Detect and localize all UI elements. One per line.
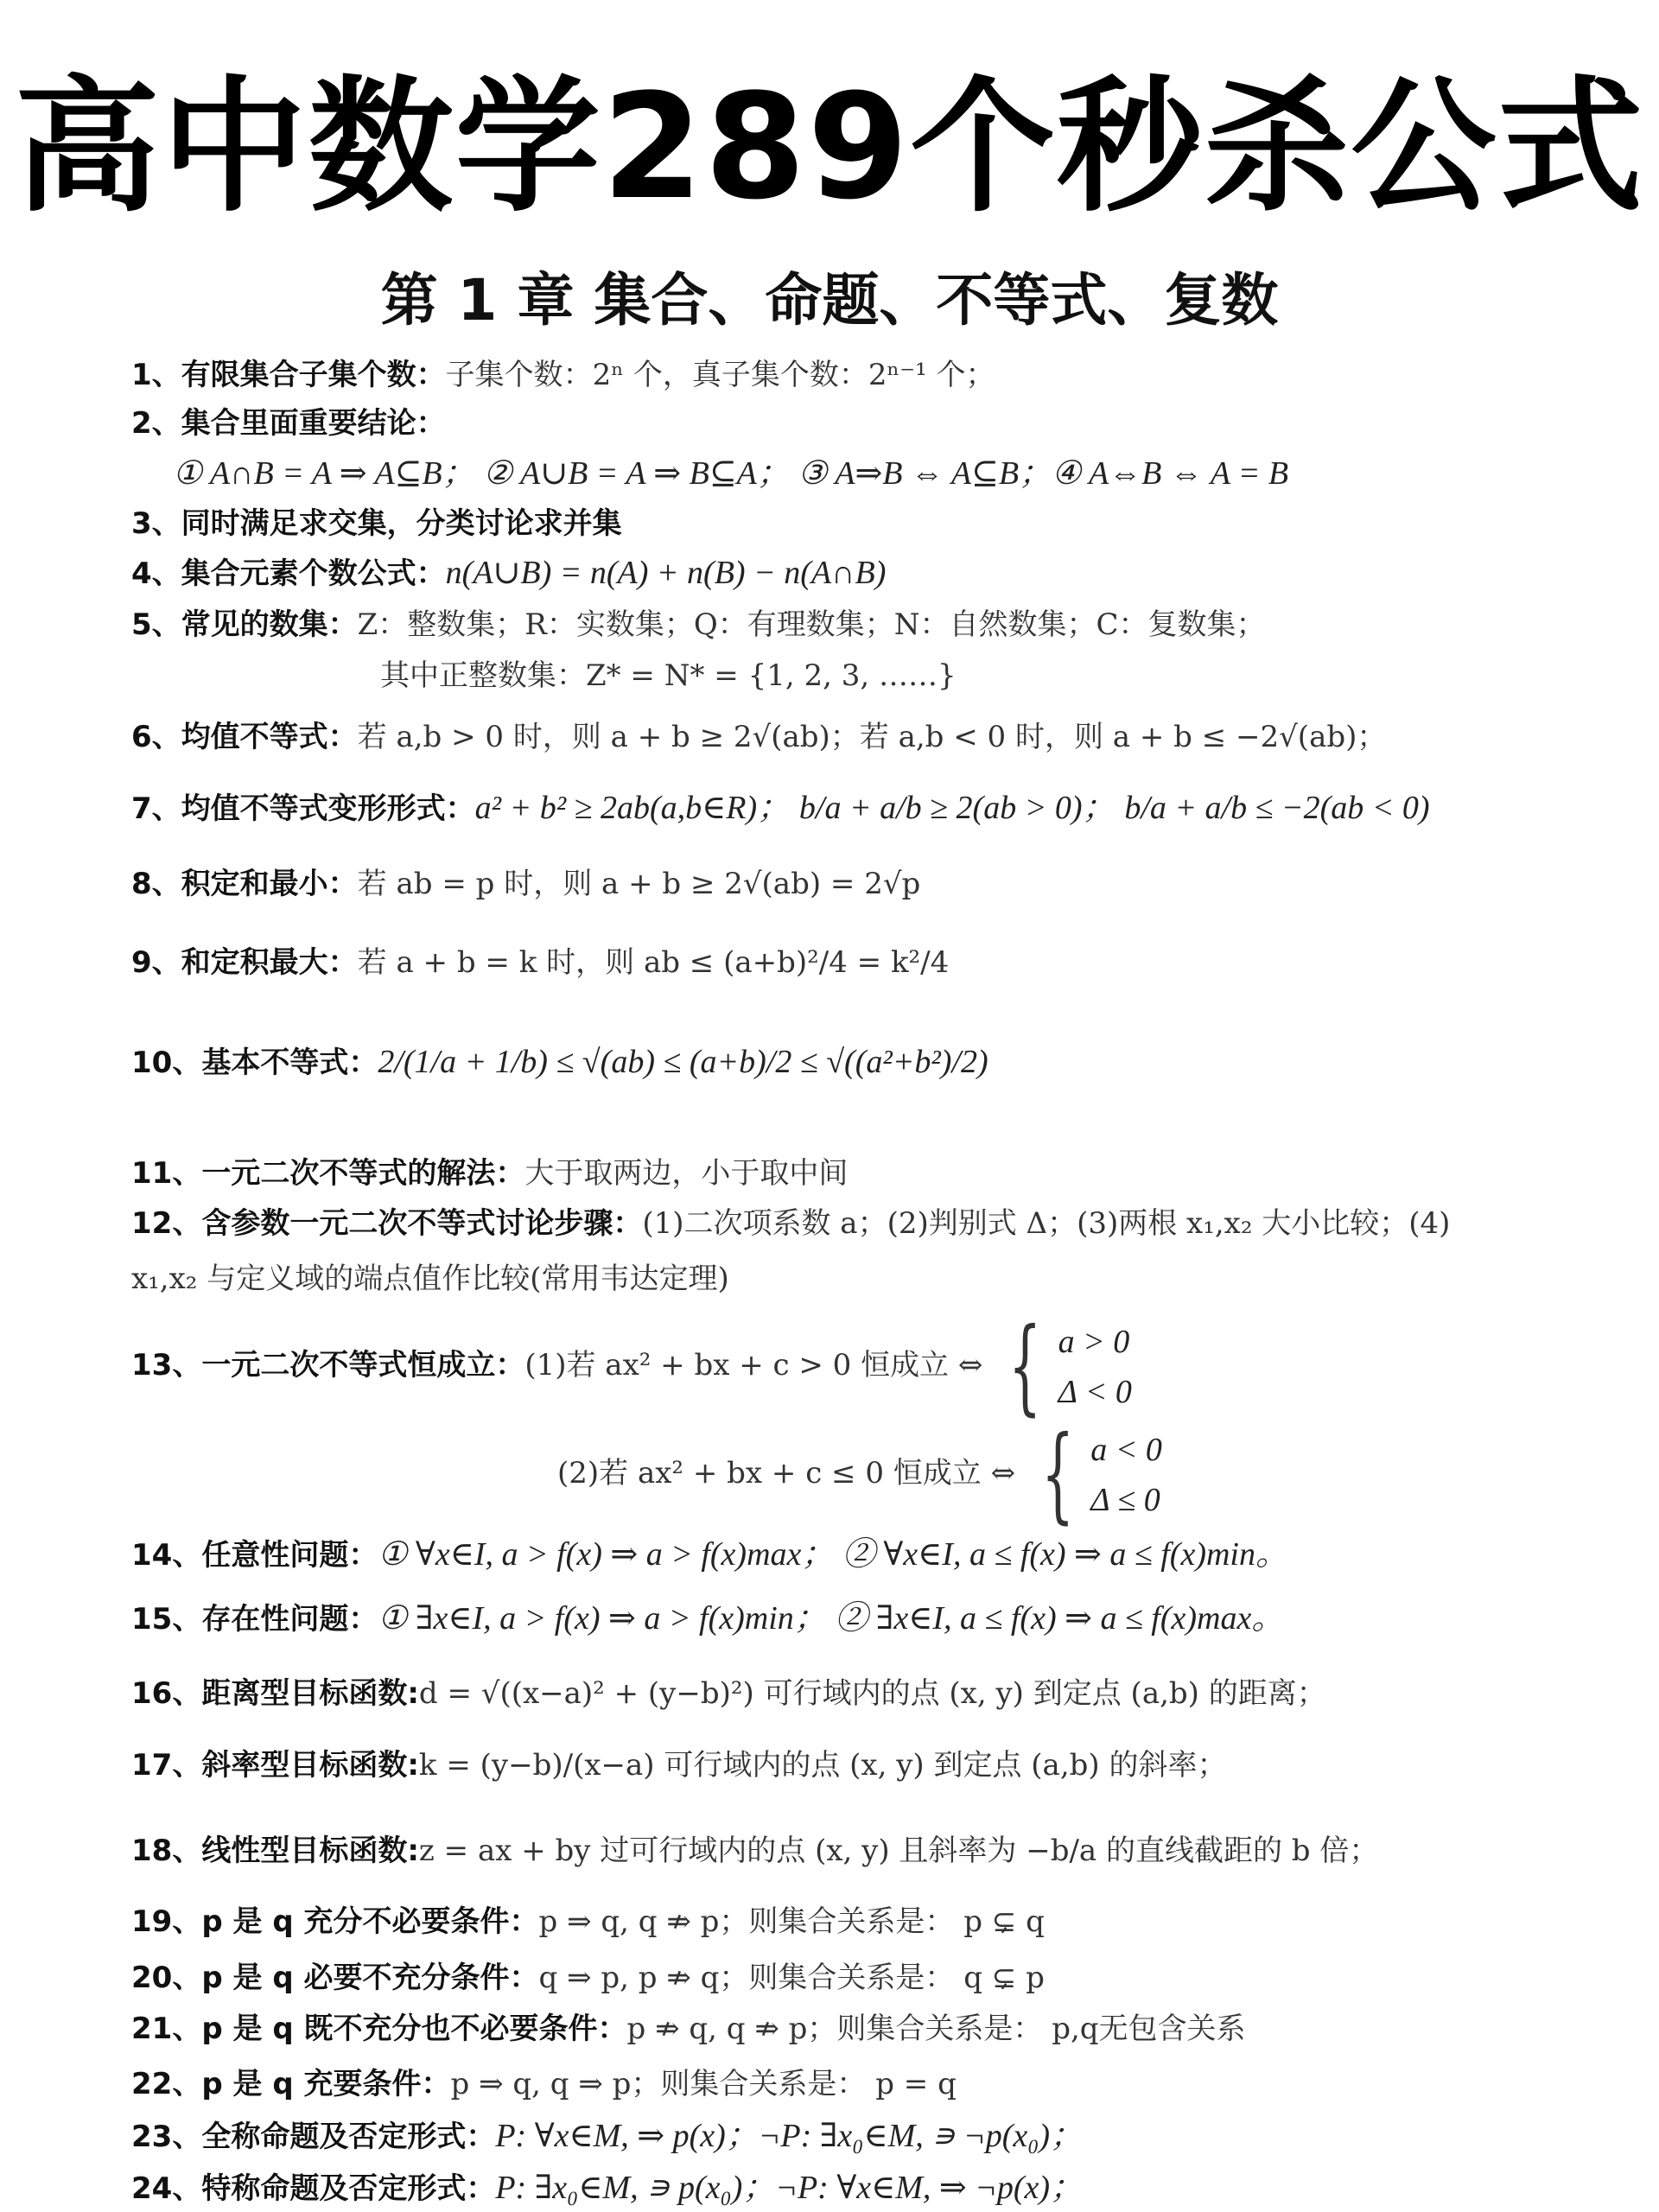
case-line: Δ < 0 — [1058, 1367, 1132, 1417]
item-label: 24、特称命题及否定形式： — [131, 2171, 495, 2206]
item-label: 19、p 是 q 充分不必要条件： — [131, 1904, 539, 1939]
item-content: 若 a + b = k 时，则 ab ≤ (a+b)²/4 = k²/4 — [358, 945, 950, 980]
formula-item-18: 18、线性型目标函数:z = ax + by 过可行域内的点 (x, y) 且斜… — [131, 1832, 1378, 1870]
formula-item-11: 11、一元二次不等式的解法：大于取两边，小于取中间 — [131, 1154, 848, 1192]
cases-brace: {a > 0Δ < 0 — [992, 1315, 1132, 1419]
item-content: 若 a,b > 0 时，则 a + b ≥ 2√(ab)；若 a,b < 0 时… — [358, 720, 1387, 754]
item-content: 若 ab = p 时，则 a + b ≥ 2√(ab) = 2√p — [358, 867, 921, 901]
item-content: p ⇒ q, q ⇒ p；则集合关系是： p = q — [451, 2067, 957, 2101]
item-label: 7、均值不等式变形形式： — [131, 791, 475, 826]
item-content: ① ∀x∈I, a > f(x) ⇒ a > f(x)max； ② ∀x∈I, … — [378, 1536, 1288, 1573]
item-content: p ⇒ q, q ⇏ p；则集合关系是： p ⊊ q — [539, 1904, 1045, 1939]
left-brace-icon: { — [1041, 1423, 1074, 1527]
item-label: 17、斜率型目标函数: — [131, 1748, 419, 1783]
item-content: 大于取两边，小于取中间 — [524, 1156, 848, 1191]
item-content: (1)若 ax² + bx + c > 0 恒成立 ⇔ — [524, 1348, 982, 1382]
item-content-part-3: b/a + a/b ≤ −2(ab < 0) — [1124, 790, 1429, 826]
item-content: z = ax + by 过可行域内的点 (x, y) 且斜率为 −b/a 的直线… — [419, 1834, 1378, 1868]
formula-item-3: 3、同时满足求交集，分类讨论求并集 — [131, 505, 622, 543]
formula-item-2: 2、集合里面重要结论： — [131, 404, 446, 442]
formula-item-13: 13、一元二次不等式恒成立：(1)若 ax² + bx + c > 0 恒成立 … — [131, 1313, 1132, 1419]
formula-item-15: 15、存在性问题：① ∃x∈I, a > f(x) ⇒ a > f(x)min；… — [131, 1599, 1284, 1638]
cases-brace: {a < 0Δ ≤ 0 — [1025, 1423, 1162, 1527]
formula-item-13-detail: (2)若 ax² + bx + c ≤ 0 恒成立 ⇔ {a < 0Δ ≤ 0 — [557, 1421, 1162, 1527]
formula-item-12-detail: x₁,x₂ 与定义域的端点值作比较(常用韦达定理) — [131, 1260, 729, 1298]
item-label: 8、积定和最小： — [131, 867, 358, 901]
item-content: (1)二次项系数 a；(2)判别式 Δ；(3)两根 x₁,x₂ 大小比较；(4) — [642, 1206, 1450, 1241]
formula-item-6: 6、均值不等式：若 a,b > 0 时，则 a + b ≥ 2√(ab)；若 a… — [131, 718, 1386, 756]
item-label: 22、p 是 q 充要条件： — [131, 2067, 451, 2101]
formula-item-24: 24、特称命题及否定形式：P: ∃x₀∈M, ∍ p(x₀)；¬P: ∀x∈M,… — [131, 2169, 1083, 2208]
formula-item-7: 7、均值不等式变形形式：a² + b² ≥ 2ab(a,b∈R)； b/a + … — [131, 789, 1430, 828]
item-label: 10、基本不等式： — [131, 1046, 378, 1080]
formula-item-17: 17、斜率型目标函数:k = (y−b)/(x−a) 可行域内的点 (x, y)… — [131, 1746, 1226, 1784]
item-content-part-1: a² + b² ≥ 2ab(a,b∈R)； — [475, 790, 790, 826]
item-label: 12、含参数一元二次不等式讨论步骤： — [131, 1206, 642, 1241]
formula-item-14: 14、任意性问题：① ∀x∈I, a > f(x) ⇒ a > f(x)max；… — [131, 1535, 1288, 1574]
item-label: 15、存在性问题： — [131, 1602, 378, 1637]
item-content: P: ∀x∈M, ⇒ p(x)；¬P: ∃x₀∈M, ∍ ¬p(x₀)； — [495, 2118, 1083, 2154]
item-content: n(A∪B) = n(A) + n(B) − n(A∩B) — [446, 555, 887, 591]
item-label: 13、一元二次不等式恒成立： — [131, 1348, 524, 1382]
case-line: a > 0 — [1058, 1317, 1132, 1367]
item-content: (2)若 ax² + bx + c ≤ 0 恒成立 ⇔ — [557, 1456, 1015, 1491]
formula-item-20: 20、p 是 q 必要不充分条件：q ⇒ p, p ⇏ q；则集合关系是： q … — [131, 1959, 1045, 1997]
formula-item-8: 8、积定和最小：若 ab = p 时，则 a + b ≥ 2√(ab) = 2√… — [131, 865, 920, 903]
formula-item-10: 10、基本不等式：2/(1/a + 1/b) ≤ √(ab) ≤ (a+b)/2… — [131, 1043, 988, 1082]
formula-item-9: 9、和定积最大：若 a + b = k 时，则 ab ≤ (a+b)²/4 = … — [131, 944, 949, 982]
item-label: 1、有限集合子集个数： — [131, 358, 446, 392]
item-label: 18、线性型目标函数: — [131, 1834, 419, 1868]
formula-item-2-detail: ① A∩B = A ⇒ A⊆B； ② A∪B = A ⇒ B⊆A； ③ A⇒B … — [173, 454, 1288, 493]
formula-item-4: 4、集合元素个数公式：n(A∪B) = n(A) + n(B) − n(A∩B) — [131, 554, 886, 593]
item-content: q ⇒ p, p ⇏ q；则集合关系是： q ⊊ p — [539, 1961, 1045, 1995]
case-line: a < 0 — [1090, 1425, 1162, 1475]
item-content: p ⇏ q, q ⇏ p；则集合关系是： p,q无包含关系 — [627, 2012, 1246, 2046]
item-label: 5、常见的数集： — [131, 607, 358, 642]
page-title: 高中数学289个秒杀公式 — [0, 60, 1659, 233]
item-content: 2/(1/a + 1/b) ≤ √(ab) ≤ (a+b)/2 ≤ √((a²+… — [378, 1044, 988, 1080]
formula-item-12: 12、含参数一元二次不等式讨论步骤：(1)二次项系数 a；(2)判别式 Δ；(3… — [131, 1205, 1450, 1243]
item-content: k = (y−b)/(x−a) 可行域内的点 (x, y) 到定点 (a,b) … — [419, 1748, 1227, 1783]
item-content: 子集个数：2ⁿ 个，真子集个数：2ⁿ⁻¹ 个； — [446, 358, 995, 392]
item-label: 4、集合元素个数公式： — [131, 556, 446, 591]
formula-item-21: 21、p 是 q 既不充分也不必要条件：p ⇏ q, q ⇏ p；则集合关系是：… — [131, 2010, 1246, 2048]
item-label: 14、任意性问题： — [131, 1538, 378, 1573]
formula-item-19: 19、p 是 q 充分不必要条件：p ⇒ q, q ⇏ p；则集合关系是： p … — [131, 1903, 1045, 1941]
item-content: ① ∃x∈I, a > f(x) ⇒ a > f(x)min； ② ∃x∈I, … — [378, 1600, 1284, 1637]
item-label: 6、均值不等式： — [131, 720, 358, 754]
formula-item-1: 1、有限集合子集个数：子集个数：2ⁿ 个，真子集个数：2ⁿ⁻¹ 个； — [131, 356, 995, 394]
item-label: 9、和定积最大： — [131, 945, 358, 980]
item-content: ① A∩B = A ⇒ A⊆B； ② A∪B = A ⇒ B⊆A； ③ A⇒B … — [173, 455, 1288, 492]
item-label: 21、p 是 q 既不充分也不必要条件： — [131, 2012, 627, 2046]
formula-item-5: 5、常见的数集：Z：整数集；R：实数集；Q：有理数集；N：自然数集；C：复数集； — [131, 606, 1266, 644]
formula-item-16: 16、距离型目标函数:d = √((x−a)² + (y−b)²) 可行域内的点… — [131, 1675, 1326, 1713]
item-content: P: ∃x₀∈M, ∍ p(x₀)；¬P: ∀x∈M, ⇒ ¬p(x)； — [495, 2170, 1083, 2206]
item-label: 3、同时满足求交集，分类讨论求并集 — [131, 506, 622, 541]
item-content: 其中正整数集：Z* = N* = {1, 2, 3, ……} — [380, 658, 957, 693]
formula-item-22: 22、p 是 q 充要条件：p ⇒ q, q ⇒ p；则集合关系是： p = q — [131, 2065, 957, 2103]
item-label: 16、距离型目标函数: — [131, 1676, 419, 1711]
item-content: Z：整数集；R：实数集；Q：有理数集；N：自然数集；C：复数集； — [358, 607, 1266, 642]
left-brace-icon: { — [1008, 1315, 1041, 1419]
item-label: 11、一元二次不等式的解法： — [131, 1156, 524, 1191]
formula-item-5-detail: 其中正整数集：Z* = N* = {1, 2, 3, ……} — [380, 657, 957, 695]
case-line: Δ ≤ 0 — [1090, 1475, 1162, 1525]
formula-item-23: 23、全称命题及否定形式：P: ∀x∈M, ⇒ p(x)；¬P: ∃x₀∈M, … — [131, 2117, 1083, 2156]
chapter-heading: 第 1 章 集合、命题、不等式、复数 — [0, 264, 1659, 338]
item-content-part-2: b/a + a/b ≥ 2(ab > 0)； — [799, 790, 1116, 826]
item-content: d = √((x−a)² + (y−b)²) 可行域内的点 (x, y) 到定点… — [419, 1676, 1326, 1711]
item-label: 23、全称命题及否定形式： — [131, 2120, 495, 2154]
item-label: 2、集合里面重要结论： — [131, 406, 446, 441]
item-label: 20、p 是 q 必要不充分条件： — [131, 1961, 539, 1995]
item-content: x₁,x₂ 与定义域的端点值作比较(常用韦达定理) — [131, 1262, 729, 1296]
